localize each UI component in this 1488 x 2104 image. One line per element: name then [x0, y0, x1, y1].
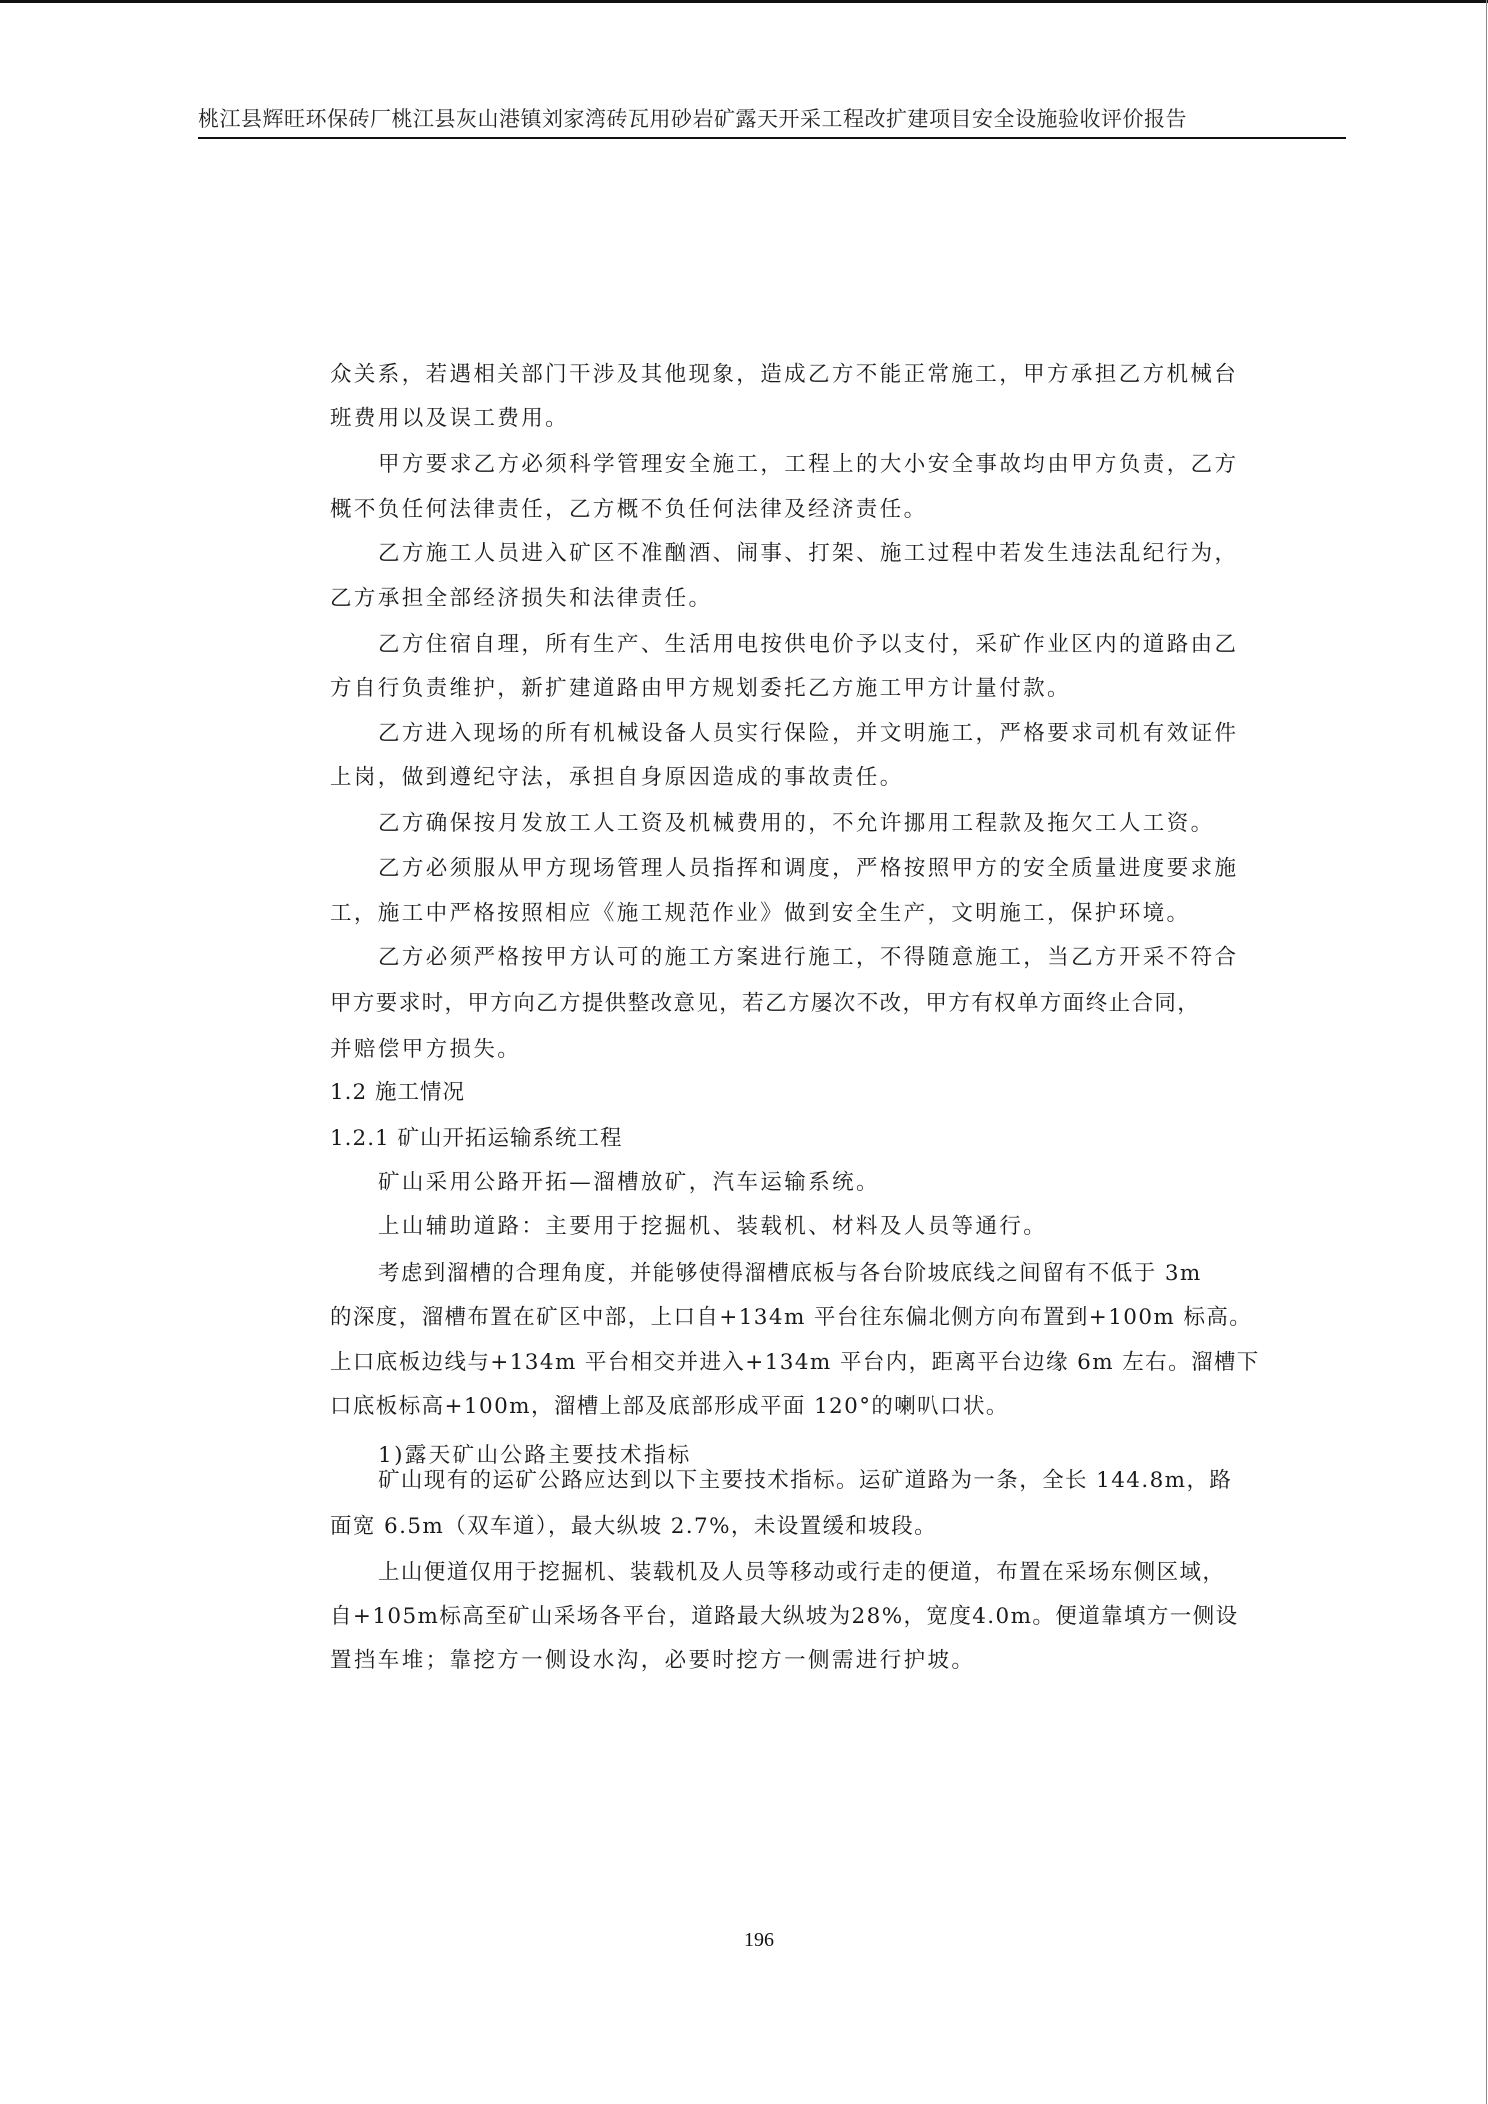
body-line: 乙方承担全部经济损失和法律责任。 — [330, 584, 712, 614]
body-line: 并赔偿甲方损失。 — [330, 1035, 521, 1065]
body-line: 乙方住宿自理，所有生产、生活用电按供电价予以支付，采矿作业区内的道路由乙 — [378, 630, 1238, 660]
body-line: 矿山采用公路开拓—溜槽放矿，汽车运输系统。 — [378, 1168, 880, 1198]
body-line: 上岗，做到遵纪守法，承担自身原因造成的事故责任。 — [330, 763, 904, 793]
body-line: 乙方必须严格按甲方认可的施工方案进行施工，不得随意施工，当乙方开采不符合 — [378, 943, 1238, 973]
page-border-top — [0, 0, 1488, 3]
header-rule — [198, 137, 1346, 139]
body-line: 方自行负责维护，新扩建道路由甲方规划委托乙方施工甲方计量付款。 — [330, 674, 1071, 704]
body-line: 乙方进入现场的所有机械设备人员实行保险，并文明施工，严格要求司机有效证件 — [378, 719, 1238, 749]
page-number: 196 — [744, 1925, 774, 1955]
body-line: 口底板标高+100m，溜槽上部及底部形成平面 120°的喇叭口状。 — [330, 1392, 1009, 1422]
body-line: 面宽 6.5m（双车道），最大纵坡 2.7%，未设置缓和坡段。 — [330, 1512, 937, 1542]
body-line: 考虑到溜槽的合理角度，并能够使得溜槽底板与各台阶坡底线之间留有不低于 3m — [378, 1259, 1202, 1289]
body-line: 置挡车堆；靠挖方一侧设水沟，必要时挖方一侧需进行护坡。 — [330, 1646, 975, 1676]
section-heading: 1.2 施工情况 — [330, 1078, 465, 1108]
body-line: 矿山现有的运矿公路应达到以下主要技术指标。运矿道路为一条，全长 144.8m，路 — [378, 1466, 1232, 1496]
body-line: 班费用以及误工费用。 — [330, 404, 569, 434]
body-line: 乙方必须服从甲方现场管理人员指挥和调度，严格按照甲方的安全质量进度要求施 — [378, 854, 1238, 884]
body-line: 乙方施工人员进入矿区不准酗酒、闹事、打架、施工过程中若发生违法乱纪行为， — [378, 539, 1238, 569]
body-line: 乙方确保按月发放工人工资及机械费用的，不允许挪用工程款及拖欠工人工资。 — [378, 809, 1215, 839]
body-line: 甲方要求乙方必须科学管理安全施工，工程上的大小安全事故均由甲方负责，乙方 — [378, 450, 1238, 480]
body-line: 工，施工中严格按照相应《施工规范作业》做到安全生产，文明施工，保护环境。 — [330, 899, 1190, 929]
body-line: 概不负任何法律责任，乙方概不负任何法律及经济责任。 — [330, 495, 928, 525]
body-line: 上山便道仅用于挖掘机、装载机及人员等移动或行走的便道，布置在采场东侧区域， — [378, 1558, 1225, 1588]
body-line: 的深度，溜槽布置在矿区中部，上口自+134m 平台往东偏北侧方向布置到+100m… — [330, 1303, 1252, 1333]
body-line: 自+105m标高至矿山采场各平台，道路最大纵坡为28%，宽度4.0m。便道靠填方… — [330, 1602, 1239, 1632]
body-line: 甲方要求时，甲方向乙方提供整改意见，若乙方屡次不改，甲方有权单方面终止合同， — [330, 989, 1200, 1019]
body-line: 上山辅助道路：主要用于挖掘机、装载机、材料及人员等通行。 — [378, 1212, 1047, 1242]
body-line: 上口底板边线与+134m 平台相交并进入+134m 平台内，距离平台边缘 6m … — [330, 1348, 1260, 1378]
running-header: 桃江县辉旺环保砖厂桃江县灰山港镇刘家湾砖瓦用砂岩矿露天开采工程改扩建项目安全设施… — [198, 104, 1346, 134]
page-border-right — [1486, 0, 1487, 2104]
subsection-heading: 1.2.1 矿山开拓运输系统工程 — [330, 1124, 623, 1154]
body-line: 众关系，若遇相关部门干涉及其他现象，造成乙方不能正常施工，甲方承担乙方机械台 — [330, 360, 1238, 390]
